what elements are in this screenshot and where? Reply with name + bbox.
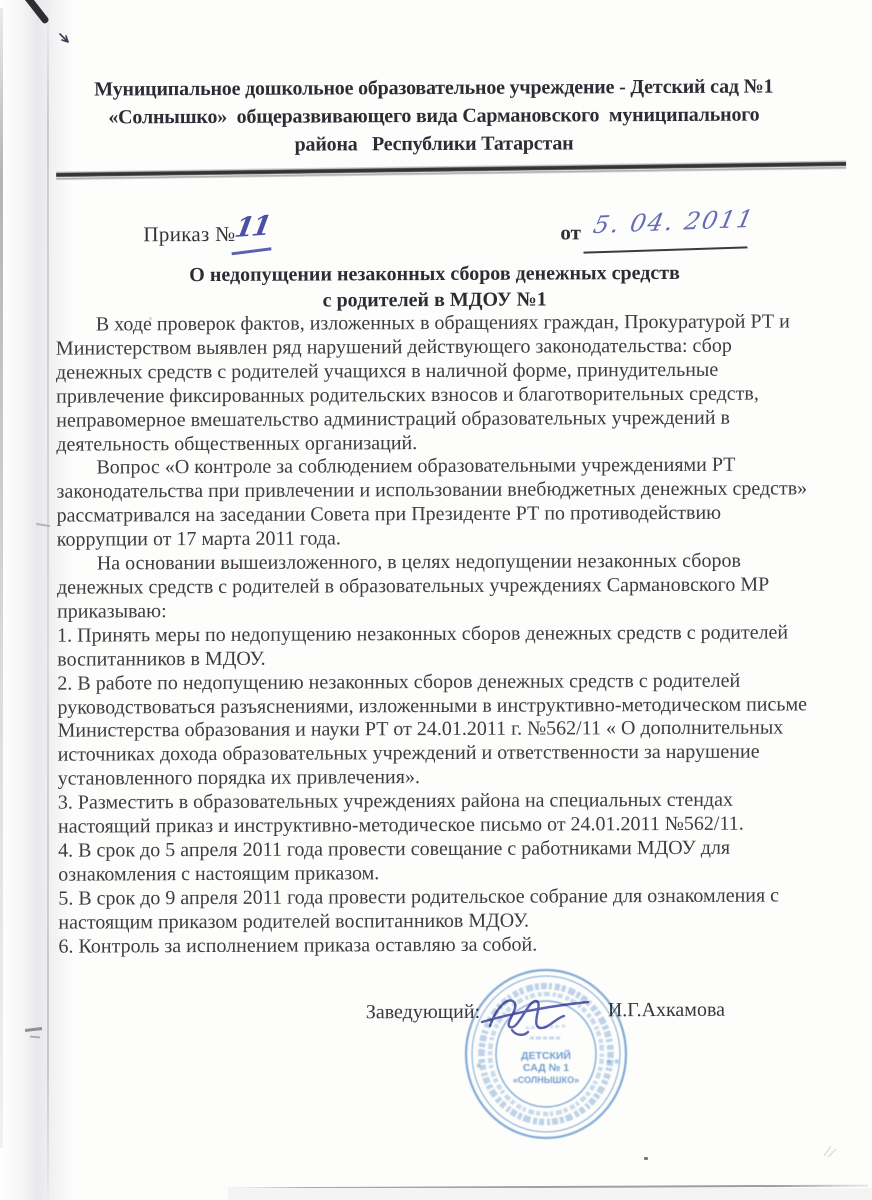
order-item: 5. В срок до 9 апреля 2011 года провести… bbox=[58, 884, 815, 935]
document-body: В ходе проверок фактов, изложенных в обр… bbox=[56, 310, 816, 959]
document-title-line: О недопущении незаконных сборов денежных… bbox=[61, 259, 809, 288]
order-number-label: Приказ № bbox=[143, 222, 235, 247]
stamp-center-line: ДЕТСКИЙ bbox=[521, 1049, 571, 1062]
stamp-center-line: САД № 1 bbox=[523, 1062, 569, 1074]
order-item: 6. Контроль за исполнением приказа остав… bbox=[58, 932, 815, 959]
letterhead-line: Муниципальное дошкольное образовательное… bbox=[60, 72, 808, 103]
order-item: 2. В работе по недопущению незаконных сб… bbox=[57, 669, 815, 792]
date-handwritten: 5. 04. 2011 bbox=[591, 205, 758, 239]
document-title: О недопущении незаконных сборов денежных… bbox=[61, 259, 809, 314]
signature-scribble bbox=[476, 986, 602, 1044]
order-item: 4. В срок до 5 апреля 2011 года провести… bbox=[58, 836, 815, 887]
stamp-side-marks: ✳ ✳ bbox=[606, 1058, 620, 1066]
scanned-document-page: Муниципальное дошкольное образовательное… bbox=[0, 0, 872, 1200]
stamp-side-marks: ✳ bbox=[476, 1062, 482, 1070]
body-paragraph: Вопрос «О контроле за соблюдением образо… bbox=[56, 454, 813, 553]
order-item: 3. Разместить в образовательных учрежден… bbox=[58, 788, 815, 839]
order-item: 1. Принять меры по недопущению незаконны… bbox=[57, 621, 814, 672]
stamp-center-line: «СОЛНЫШКО» bbox=[513, 1075, 579, 1085]
body-paragraph: На основании вышеизложенного, в целях не… bbox=[57, 549, 814, 624]
letterhead-line: «Солнышко» общеразвивающего вида Сармано… bbox=[60, 100, 808, 131]
order-number-handwritten: 11 bbox=[232, 211, 271, 244]
double-rule-separator bbox=[56, 160, 846, 180]
body-paragraph: В ходе проверок фактов, изложенных в обр… bbox=[56, 310, 814, 457]
letterhead-line: района Республики Татарстан bbox=[60, 128, 808, 159]
order-number-underline bbox=[231, 247, 271, 255]
date-label: от bbox=[560, 220, 581, 245]
letterhead: Муниципальное дошкольное образовательное… bbox=[60, 72, 808, 159]
date-underline bbox=[583, 246, 747, 253]
